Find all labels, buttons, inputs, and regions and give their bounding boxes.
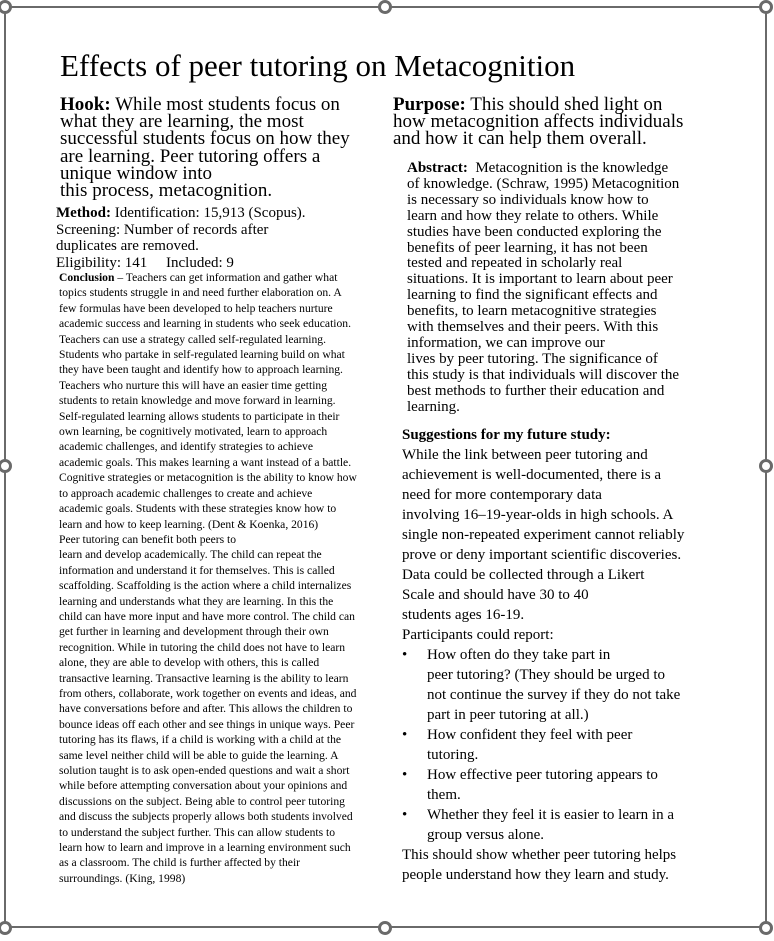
conclusion-line: discussions on the subject. Being able t… <box>59 794 394 809</box>
conclusion-line: from others, collaborate, work together … <box>59 686 394 701</box>
resize-handle-bottom-right[interactable] <box>759 921 773 935</box>
abstract-line: with themselves and their peers. With th… <box>407 320 727 336</box>
purpose-section: Purpose: This should shed light on how m… <box>393 96 723 148</box>
conclusion-section: Conclusion – Teachers can get informatio… <box>59 270 394 886</box>
conclusion-line: get further in learning and development … <box>59 624 394 639</box>
bullet-icon: • <box>402 725 407 745</box>
conclusion-line: academic goals. Students with these stra… <box>59 501 394 516</box>
abstract-line: is necessary so individuals know how to <box>407 193 727 209</box>
conclusion-line: as a classroom. The child is further aff… <box>59 855 394 870</box>
list-item-line: Whether they feel it is easier to learn … <box>427 805 732 825</box>
suggestions-line: single non-repeated experiment cannot re… <box>402 525 732 545</box>
abstract-line: information, we can improve our <box>407 336 727 352</box>
method-line: Method: Identification: 15,913 (Scopus). <box>56 205 386 222</box>
resize-handle-top-right[interactable] <box>759 0 773 14</box>
method-line: duplicates are removed. <box>56 238 386 255</box>
conclusion-line: topics students struggle in and need fur… <box>59 285 394 300</box>
conclusion-line: learn and develop academically. The chil… <box>59 547 394 562</box>
abstract-line: benefits, to learn metacognitive strateg… <box>407 304 727 320</box>
purpose-line: and how it can help them overall. <box>393 130 723 147</box>
conclusion-line: solution taught is to ask open-ended que… <box>59 763 394 778</box>
abstract-line: best methods to further their education … <box>407 384 727 400</box>
conclusion-line: information and understand it for themse… <box>59 563 394 578</box>
conclusion-line: learn how to learn and improve in a lear… <box>59 840 394 855</box>
list-item: •How confident they feel with peertutori… <box>402 725 732 765</box>
suggestions-line: While the link between peer tutoring and <box>402 445 732 465</box>
suggestions-line: students ages 16-19. <box>402 605 732 625</box>
conclusion-line: child can have more input and have more … <box>59 609 394 624</box>
list-item-line: group versus alone. <box>427 825 732 845</box>
method-line: Screening: Number of records after <box>56 222 386 239</box>
conclusion-line: Self-regulated learning allows students … <box>59 409 394 424</box>
abstract-line: lives by peer tutoring. The significance… <box>407 352 727 368</box>
list-item: •How often do they take part inpeer tuto… <box>402 645 732 725</box>
conclusion-line: have conversations before and after. Thi… <box>59 701 394 716</box>
abstract-line: learning to find the significant effects… <box>407 288 727 304</box>
list-item-line: peer tutoring? (They should be urged to <box>427 665 732 685</box>
conclusion-line: to approach academic challenges to creat… <box>59 486 394 501</box>
suggestions-line: prove or deny important scientific disco… <box>402 545 732 565</box>
resize-handle-bottom-center[interactable] <box>378 921 392 935</box>
conclusion-line: scaffolding. Scaffolding is the action w… <box>59 578 394 593</box>
abstract-line: studies have been conducted exploring th… <box>407 225 727 241</box>
conclusion-line: academic success and learning in student… <box>59 316 394 331</box>
list-item-line: part in peer tutoring at all.) <box>427 705 732 725</box>
conclusion-line: Conclusion – Teachers can get informatio… <box>59 270 394 285</box>
conclusion-line: alone, they are able to develop with oth… <box>59 655 394 670</box>
conclusion-line: to understand the subject further. This … <box>59 825 394 840</box>
hook-line: this process, metacognition. <box>60 182 380 199</box>
conclusion-line: transactive learning. Transactive learni… <box>59 671 394 686</box>
suggestions-line: Participants could report: <box>402 625 732 645</box>
abstract-line: tested and repeated in scholarly real <box>407 256 727 272</box>
conclusion-line: surroundings. (King, 1998) <box>59 871 394 886</box>
abstract-line: learn and how they relate to others. Whi… <box>407 209 727 225</box>
conclusion-line: recognition. While in tutoring the child… <box>59 640 394 655</box>
conclusion-line: Teachers who nurture this will have an e… <box>59 378 394 393</box>
conclusion-line: Cognitive strategies or metacognition is… <box>59 470 394 485</box>
abstract-line: this study is that individuals will disc… <box>407 368 727 384</box>
conclusion-line: few formulas have been developed to help… <box>59 301 394 316</box>
conclusion-line: academic goals. This makes learning a wa… <box>59 455 394 470</box>
resize-handle-bottom-left[interactable] <box>0 921 12 935</box>
abstract-line: situations. It is important to learn abo… <box>407 272 727 288</box>
abstract-section: Abstract: Metacognition is the knowledge… <box>407 161 727 416</box>
bullet-icon: • <box>402 805 407 825</box>
conclusion-label: Conclusion <box>59 271 114 284</box>
method-label: Method: <box>56 205 111 221</box>
resize-handle-top-center[interactable] <box>378 0 392 14</box>
conclusion-line: academic challenges, and identify strate… <box>59 439 394 454</box>
resize-handle-middle-right[interactable] <box>759 459 773 473</box>
method-section: Method: Identification: 15,913 (Scopus).… <box>56 205 386 271</box>
conclusion-line: students to retain knowledge and move fo… <box>59 393 394 408</box>
conclusion-line: learning and understands what they are l… <box>59 594 394 609</box>
abstract-label: Abstract: <box>407 160 468 176</box>
suggestions-closing-line: This should show whether peer tutoring h… <box>402 845 732 865</box>
suggestions-line: need for more contemporary data <box>402 485 732 505</box>
suggestions-closing-line: people understand how they learn and stu… <box>402 865 732 885</box>
suggestions-heading: Suggestions for my future study: <box>402 425 732 445</box>
list-item-line: How often do they take part in <box>427 645 732 665</box>
conclusion-line: same level neither child will be able to… <box>59 748 394 763</box>
page-title: Effects of peer tutoring on Metacognitio… <box>60 47 575 85</box>
conclusion-line: Peer tutoring can benefit both peers to <box>59 532 394 547</box>
method-line: Eligibility: 141 Included: 9 <box>56 255 386 272</box>
suggestions-line: involving 16–19-year-olds in high school… <box>402 505 732 525</box>
list-item-line: them. <box>427 785 732 805</box>
bullet-icon: • <box>402 645 407 665</box>
list-item: •How effective peer tutoring appears tot… <box>402 765 732 805</box>
conclusion-line: bounce ideas off each other and see thin… <box>59 717 394 732</box>
conclusion-line: they have been taught and identify how t… <box>59 362 394 377</box>
abstract-line: learning. <box>407 400 727 416</box>
list-item-line: tutoring. <box>427 745 732 765</box>
suggestions-line: Scale and should have 30 to 40 <box>402 585 732 605</box>
conclusion-line: Students who partake in self-regulated l… <box>59 347 394 362</box>
conclusion-line: Teachers can use a strategy called self-… <box>59 332 394 347</box>
suggestions-line: achievement is well-documented, there is… <box>402 465 732 485</box>
hook-section: Hook: While most students focus on what … <box>60 96 380 199</box>
conclusion-line: while before attempting conversation abo… <box>59 778 394 793</box>
abstract-line: benefits of peer learning, it has not be… <box>407 241 727 257</box>
list-item-line: How confident they feel with peer <box>427 725 732 745</box>
abstract-line: Abstract: Metacognition is the knowledge <box>407 161 727 177</box>
suggestions-section: Suggestions for my future study: While t… <box>402 425 732 885</box>
list-item-line: not continue the survey if they do not t… <box>427 685 732 705</box>
conclusion-line: and discuss the subjects properly allows… <box>59 809 394 824</box>
conclusion-line: own learning, be cognitively motivated, … <box>59 424 394 439</box>
list-item-line: How effective peer tutoring appears to <box>427 765 732 785</box>
abstract-line: of knowledge. (Schraw, 1995) Metacogniti… <box>407 177 727 193</box>
bullet-icon: • <box>402 765 407 785</box>
participant-report-list: •How often do they take part inpeer tuto… <box>402 645 732 845</box>
conclusion-line: tutoring has its flaws, if a child is wo… <box>59 732 394 747</box>
conclusion-line: learn and how to keep learning. (Dent & … <box>59 517 394 532</box>
suggestions-line: Data could be collected through a Likert <box>402 565 732 585</box>
list-item: •Whether they feel it is easier to learn… <box>402 805 732 845</box>
